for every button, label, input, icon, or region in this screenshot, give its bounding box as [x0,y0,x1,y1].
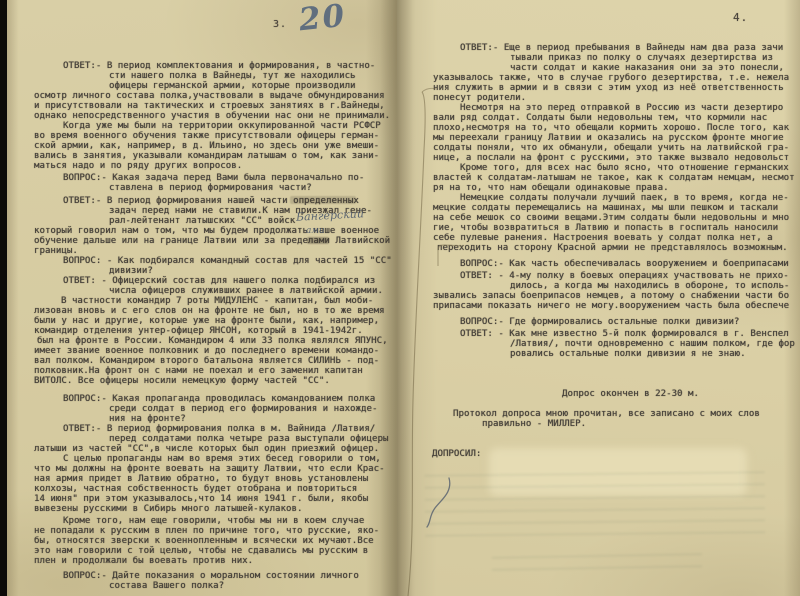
typed-line: плен и продолжали бы воевать против них. [34,556,397,566]
typed-line: Кроме того, нам еще говорили, чтобы мы н… [63,516,397,526]
scan-left-edge [0,0,7,596]
typed-line: перед солдатами полка четыре раза выступ… [109,434,397,444]
typed-line: припасами показать ничего не могу.вооруж… [433,301,800,311]
typed-line: ная армия придет в Латвию обратно, то бу… [34,474,397,484]
typed-line: гие, чтобы возвратиться в Латвию и попас… [433,223,800,233]
typed-line: ОТВЕТ:- В период комплектования и формир… [63,61,397,71]
typed-line: ской армии, как, например, в д. Ильино, … [34,141,397,151]
typed-line: мы переехали границу Латвии и оказались … [433,133,800,143]
typed-text-left: ОТВЕТ:- В период комплектования и формир… [7,61,397,591]
typed-line: вали ряд солдат. Солдаты были недовольны… [433,113,800,123]
page-number-right: 4. [733,11,748,24]
typed-line: сти нашего полка в Вайнеды, тут же наход… [109,71,397,81]
typed-line: ВИТОЛС. Все офицеры носили немецкую форм… [34,376,397,386]
page-number-left: 3. [273,19,287,30]
typed-line: и присутствовали на тактических и строев… [34,101,397,111]
right-page: 4. ОТВЕТ:- Еще в период пребывания в Вай… [397,0,800,596]
ink-bleedthrough [492,550,702,580]
typed-line: переходить на сторону Красной армии не п… [437,243,800,253]
typed-line: зывались запасы боеприпасов немцев, а по… [433,291,800,301]
typed-line: части солдат и какие наказания они за эт… [510,63,800,73]
typed-line: дивизии? [109,266,397,276]
typed-line: вывезены русскими в Сибирь много латышей… [34,504,397,514]
typed-line: Когда уже мы были на территории оккупиро… [63,121,397,131]
ink-blot [307,237,329,244]
typed-line: ОТВЕТ: - 4-му полку в боевых операциях у… [460,271,800,281]
typed-line: понесут родители. [433,93,800,103]
ink-bleedthrough [425,468,766,546]
typed-line: колхозы, частная собственность будет ото… [34,484,397,494]
typed-line: С целью пропаганды нам во время этих бес… [63,454,397,464]
typed-line: ВОПРОС:- Какая пропаганда проводилась ко… [63,394,397,404]
typed-line: Немецкие солдаты получали лучший паек, в… [460,193,800,203]
typed-line: числа офицеров служивших ранее в латвийс… [109,286,397,296]
typed-line: что мы должны на фронте воевать на защит… [34,464,397,474]
typed-line: однако непосредственного участия в обуче… [34,111,397,121]
typed-line: солдаты поняли, что их обманули, обещали… [433,143,800,153]
typed-text-right: ОТВЕТ:- Еще в период пребывания в Вайнед… [397,43,800,459]
handwritten-folio-number: 20 [297,0,348,38]
typed-line: ния служить в армии и в связи с этим ухо… [433,83,800,93]
typed-line: имеет звание военное полковник и до посл… [34,346,397,356]
typed-line: вались в занятия, указывали командирам л… [34,151,397,161]
typed-line: дилось, а когда мы находились в обороне,… [510,281,800,291]
typed-line: тывали приказ по полку о случаях дезерти… [510,53,800,63]
typed-line: ВОПРОС:- Как часть обеспечивалась вооруж… [460,259,800,269]
typed-line: который говорил нам о том, что мы будем … [34,226,397,236]
typed-line: Допрос окончен в 22-30 м. [562,389,800,399]
typed-line: 14 июня" при этом указывалось,что 14 июн… [34,494,397,504]
typed-line: ОТВЕТ:- Еще в период пребывания в Вайнед… [460,43,800,53]
typed-line: Протокол допроса мною прочитан, все запи… [453,409,800,419]
typed-line: латыши из частей "СС",в числе которых бы… [34,444,397,454]
typed-line: ВОПРОС:- Где формировались остальные пол… [460,317,800,327]
typed-line: вал полком. Командиром второго батальона… [34,356,397,366]
typed-line: ВОПРОС:- Дайте показания о моральном сос… [63,571,397,581]
typed-line: плохо,несмотря на то, что обещали кормит… [433,123,800,133]
typed-line: указывалось также, что в случае грубого … [433,73,800,83]
typed-line: нице, а послали на фронт с русскими, это… [433,153,800,163]
typed-line: В частности командир 7 роты МИДУЛЕНС - к… [61,296,397,306]
overstruck-word-smudge [290,196,356,204]
typed-line: на себе мешок со своими вещами.Этим солд… [433,213,800,223]
typed-line: осмотр личного состава полка,участвовали… [34,91,397,101]
typed-line: ВОПРОС: - Как подбирался командный соста… [63,256,397,266]
typed-line: бы, относятся зверски к военнопленным и … [34,536,397,546]
typed-line: правильно - МИЛЛЕР. [482,419,800,429]
left-page: 3. 20 ОТВЕТ:- В период комплектования и … [7,0,397,596]
typed-line: офицеры германской армии, которые произв… [109,81,397,91]
typed-line: полковник.На фронт он с нами не поехал и… [34,366,397,376]
typed-line: лизован вновь и с его слов он на фронте … [34,306,397,316]
typed-line: был на фронте в России. Командиром 4 или… [37,336,397,346]
typed-line: себе пулевые ранения. Настроения воевать… [433,233,800,243]
typed-line: границы. [34,246,397,256]
typed-line: не попадали к русским в плен по причине … [34,526,397,536]
handwritten-correction: ами [306,226,325,236]
typed-line: /Латвия/, почти одновременно с нашим пол… [510,339,800,349]
typed-line: ВОПРОС:- Какая задача перед Вами была пе… [63,173,397,183]
typed-line: ОТВЕТ: - Офицерский состав для нашего по… [63,276,397,286]
typed-line: ОТВЕТ: - Как мне известно 5-й полк форми… [460,329,800,339]
typed-line: обучение дальше или на границе Латвии ил… [34,236,397,246]
typed-line: ния на фронте? [109,414,397,424]
document-scan: 3. 20 ОТВЕТ:- В период комплектования и … [0,0,800,596]
typed-line: среди солдат в период его формирования и… [109,404,397,414]
typed-line: состава Вашего полка? [109,581,397,591]
typed-line: Кроме того, для всех нас было ясно, что … [460,163,800,173]
typed-line: маться надо и по ряду других вопросов. [34,161,397,171]
typed-line: властей к солдатам-латышам не такое, как… [433,173,800,183]
typed-line: Несмотря на это перед отправкой в Россию… [460,103,800,113]
typed-line: ОТВЕТ:- В период формирования полка в м.… [63,424,397,434]
typed-line: это нам говорили с той целью, чтобы не с… [34,546,397,556]
typed-line: ровались остальные полки дивизии я не зн… [510,349,800,359]
typed-line: ря на то, что нам обещали одинаковые пра… [433,183,800,193]
typed-line: командир отделения унтер-офицер ЯНСОН, к… [34,326,397,336]
typed-line: ставлена в период формирования части? [109,183,397,193]
typed-line: были у нас и другие, которые уже на фрон… [34,316,397,326]
typed-line: во время военного обучения также присутс… [34,131,397,141]
typed-line: мецкие солдаты перемещались на машинах, … [433,203,800,213]
